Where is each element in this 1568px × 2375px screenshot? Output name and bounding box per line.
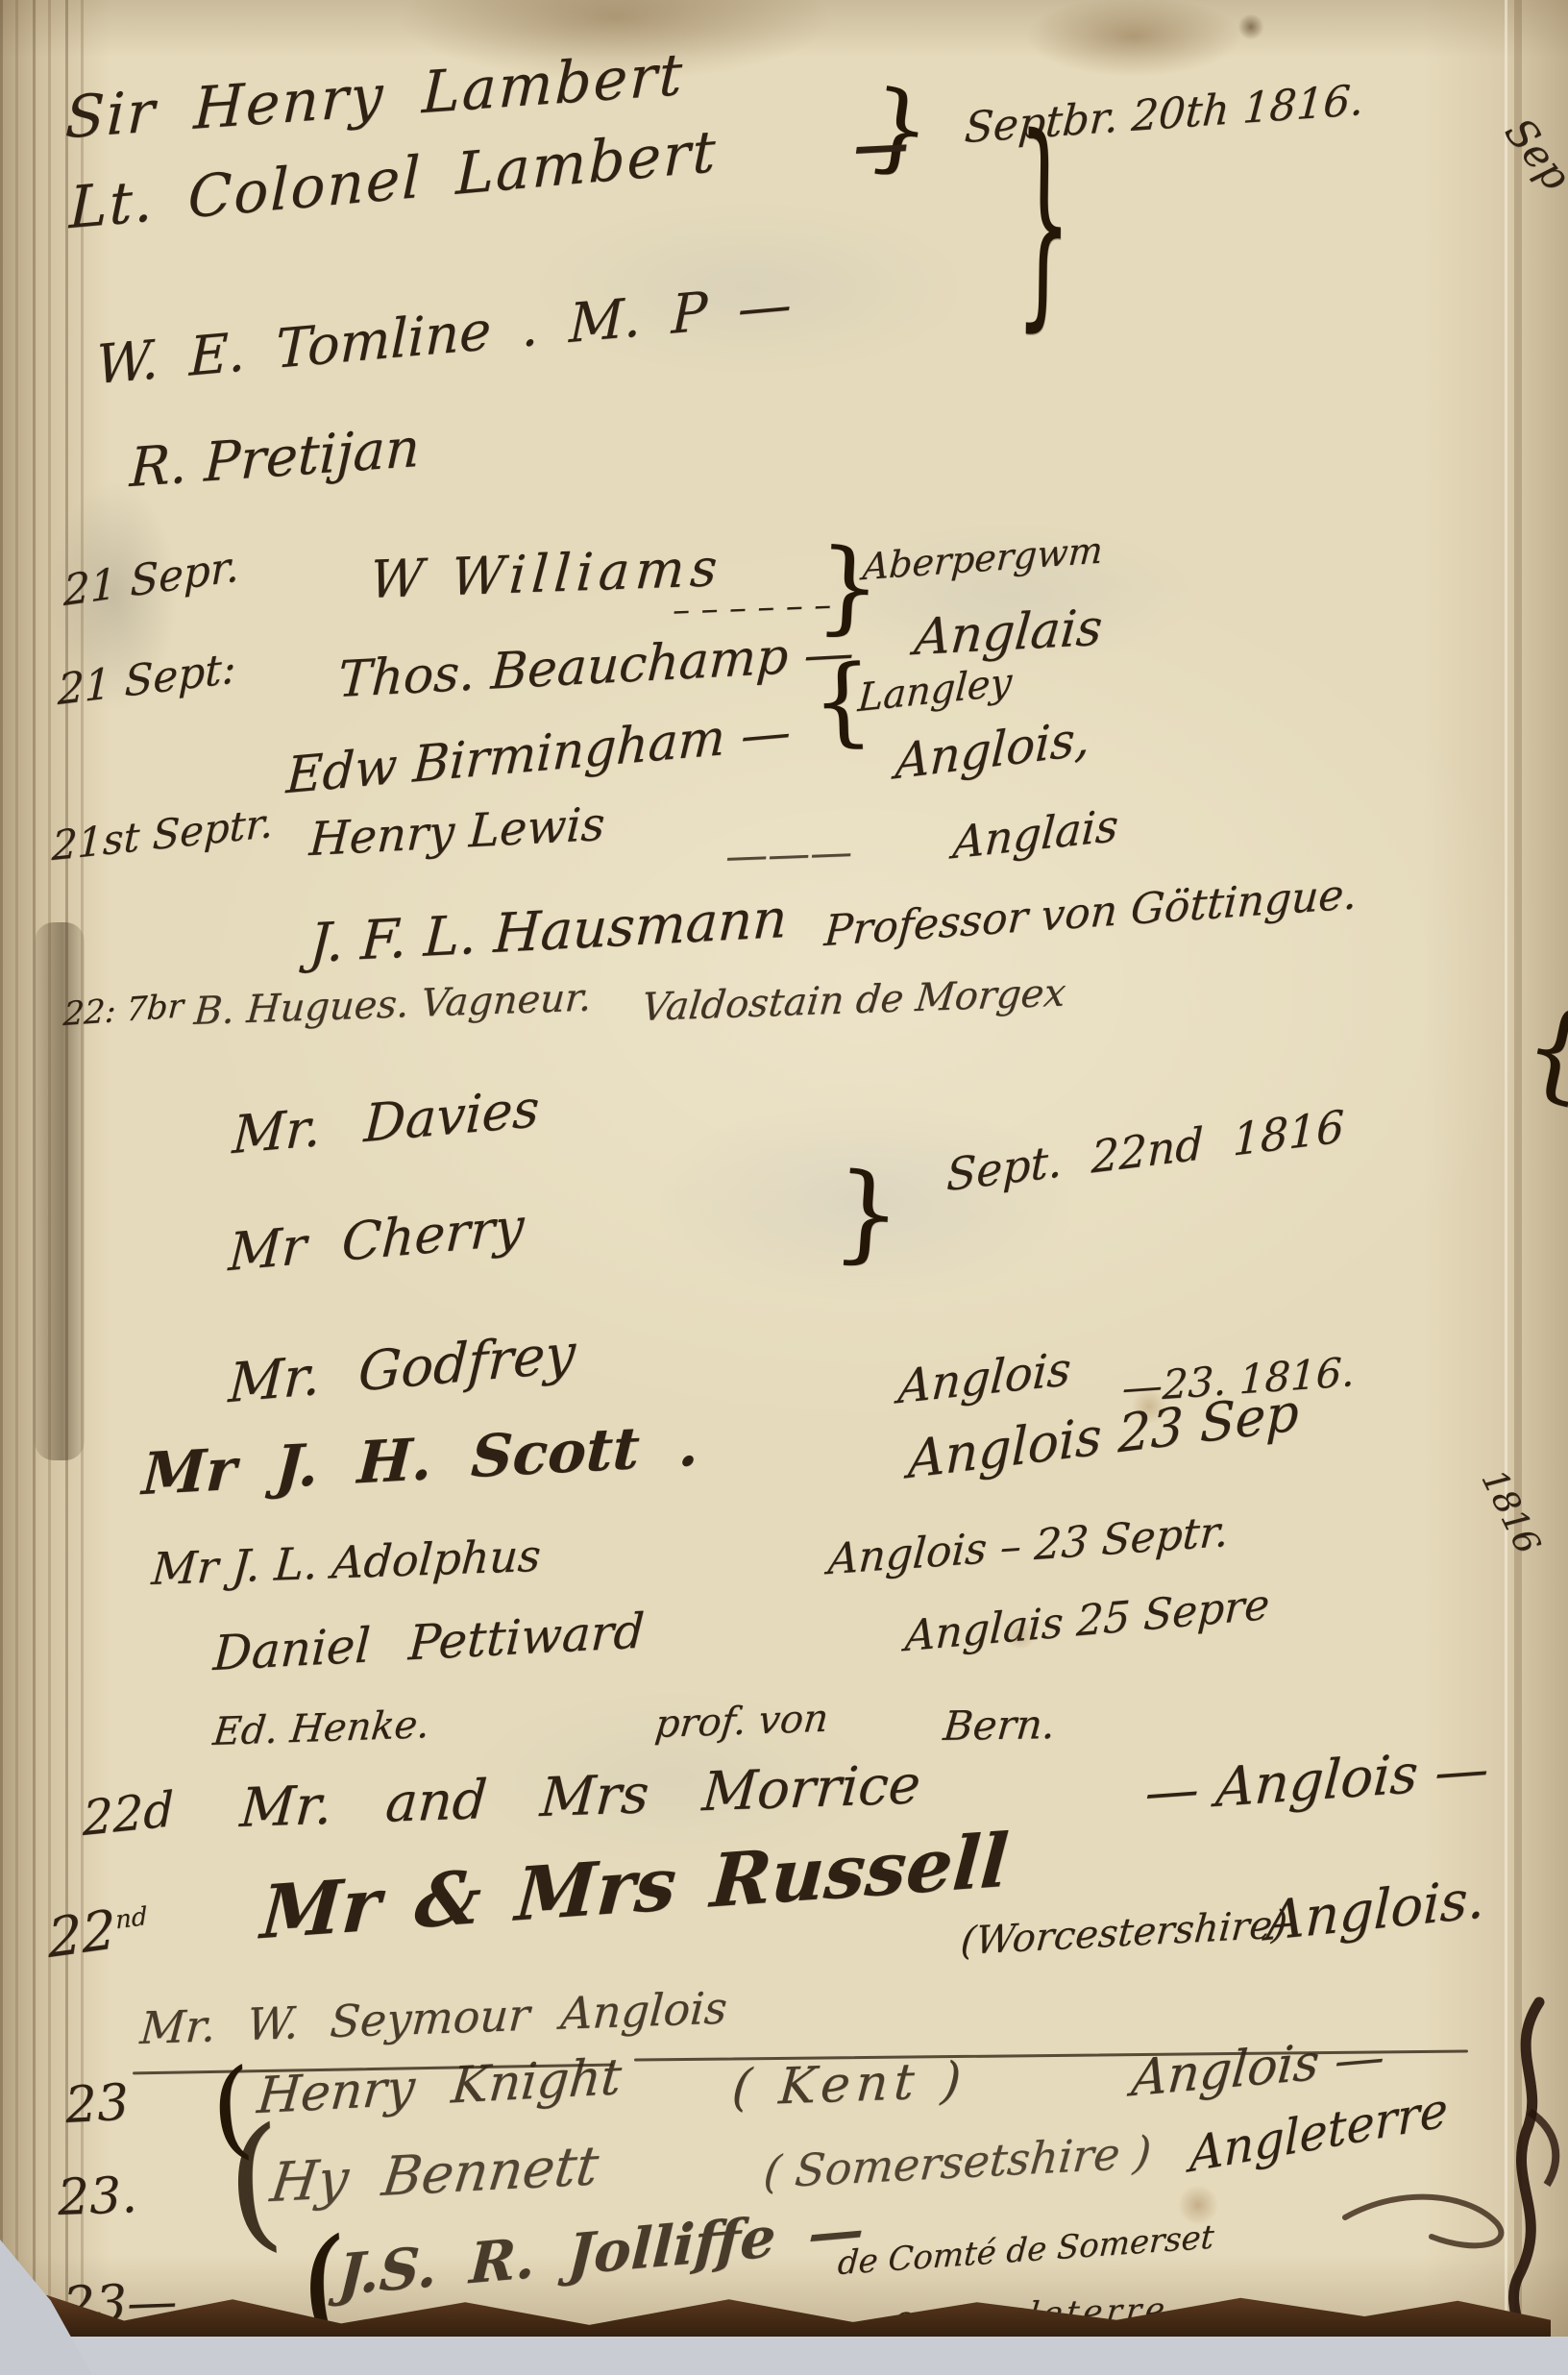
entry-date: 22d	[83, 1781, 174, 1847]
entry-place: ( Kent )	[730, 2051, 968, 2118]
page-crease-shadow	[1514, 0, 1522, 2340]
entry-date: 23.	[57, 2167, 138, 2227]
scanned-guestbook-photo: Sir Henry Lambert } — Septbr. 20th 1816.…	[0, 0, 1568, 2375]
entry-date-sup: nd	[115, 1902, 148, 1936]
entry-place: Bern.	[942, 1701, 1057, 1750]
brace-mark: }	[830, 1149, 906, 1277]
entry-name: Ed. Henke.	[211, 1702, 432, 1754]
entry-date: 23	[63, 2074, 130, 2135]
torn-edge-strokes	[1287, 1996, 1568, 2354]
entry-note: prof. von	[653, 1697, 831, 1747]
entry-dashes: ———	[724, 827, 853, 881]
page-crease-highlight	[1505, 0, 1507, 2340]
entry-nationality: Anglais	[912, 600, 1104, 668]
brace-mark: }	[1015, 109, 1072, 338]
header-dash: —	[851, 110, 910, 179]
background-mat	[0, 2337, 1568, 2375]
entry-dashes: – – – – – –	[672, 585, 832, 630]
